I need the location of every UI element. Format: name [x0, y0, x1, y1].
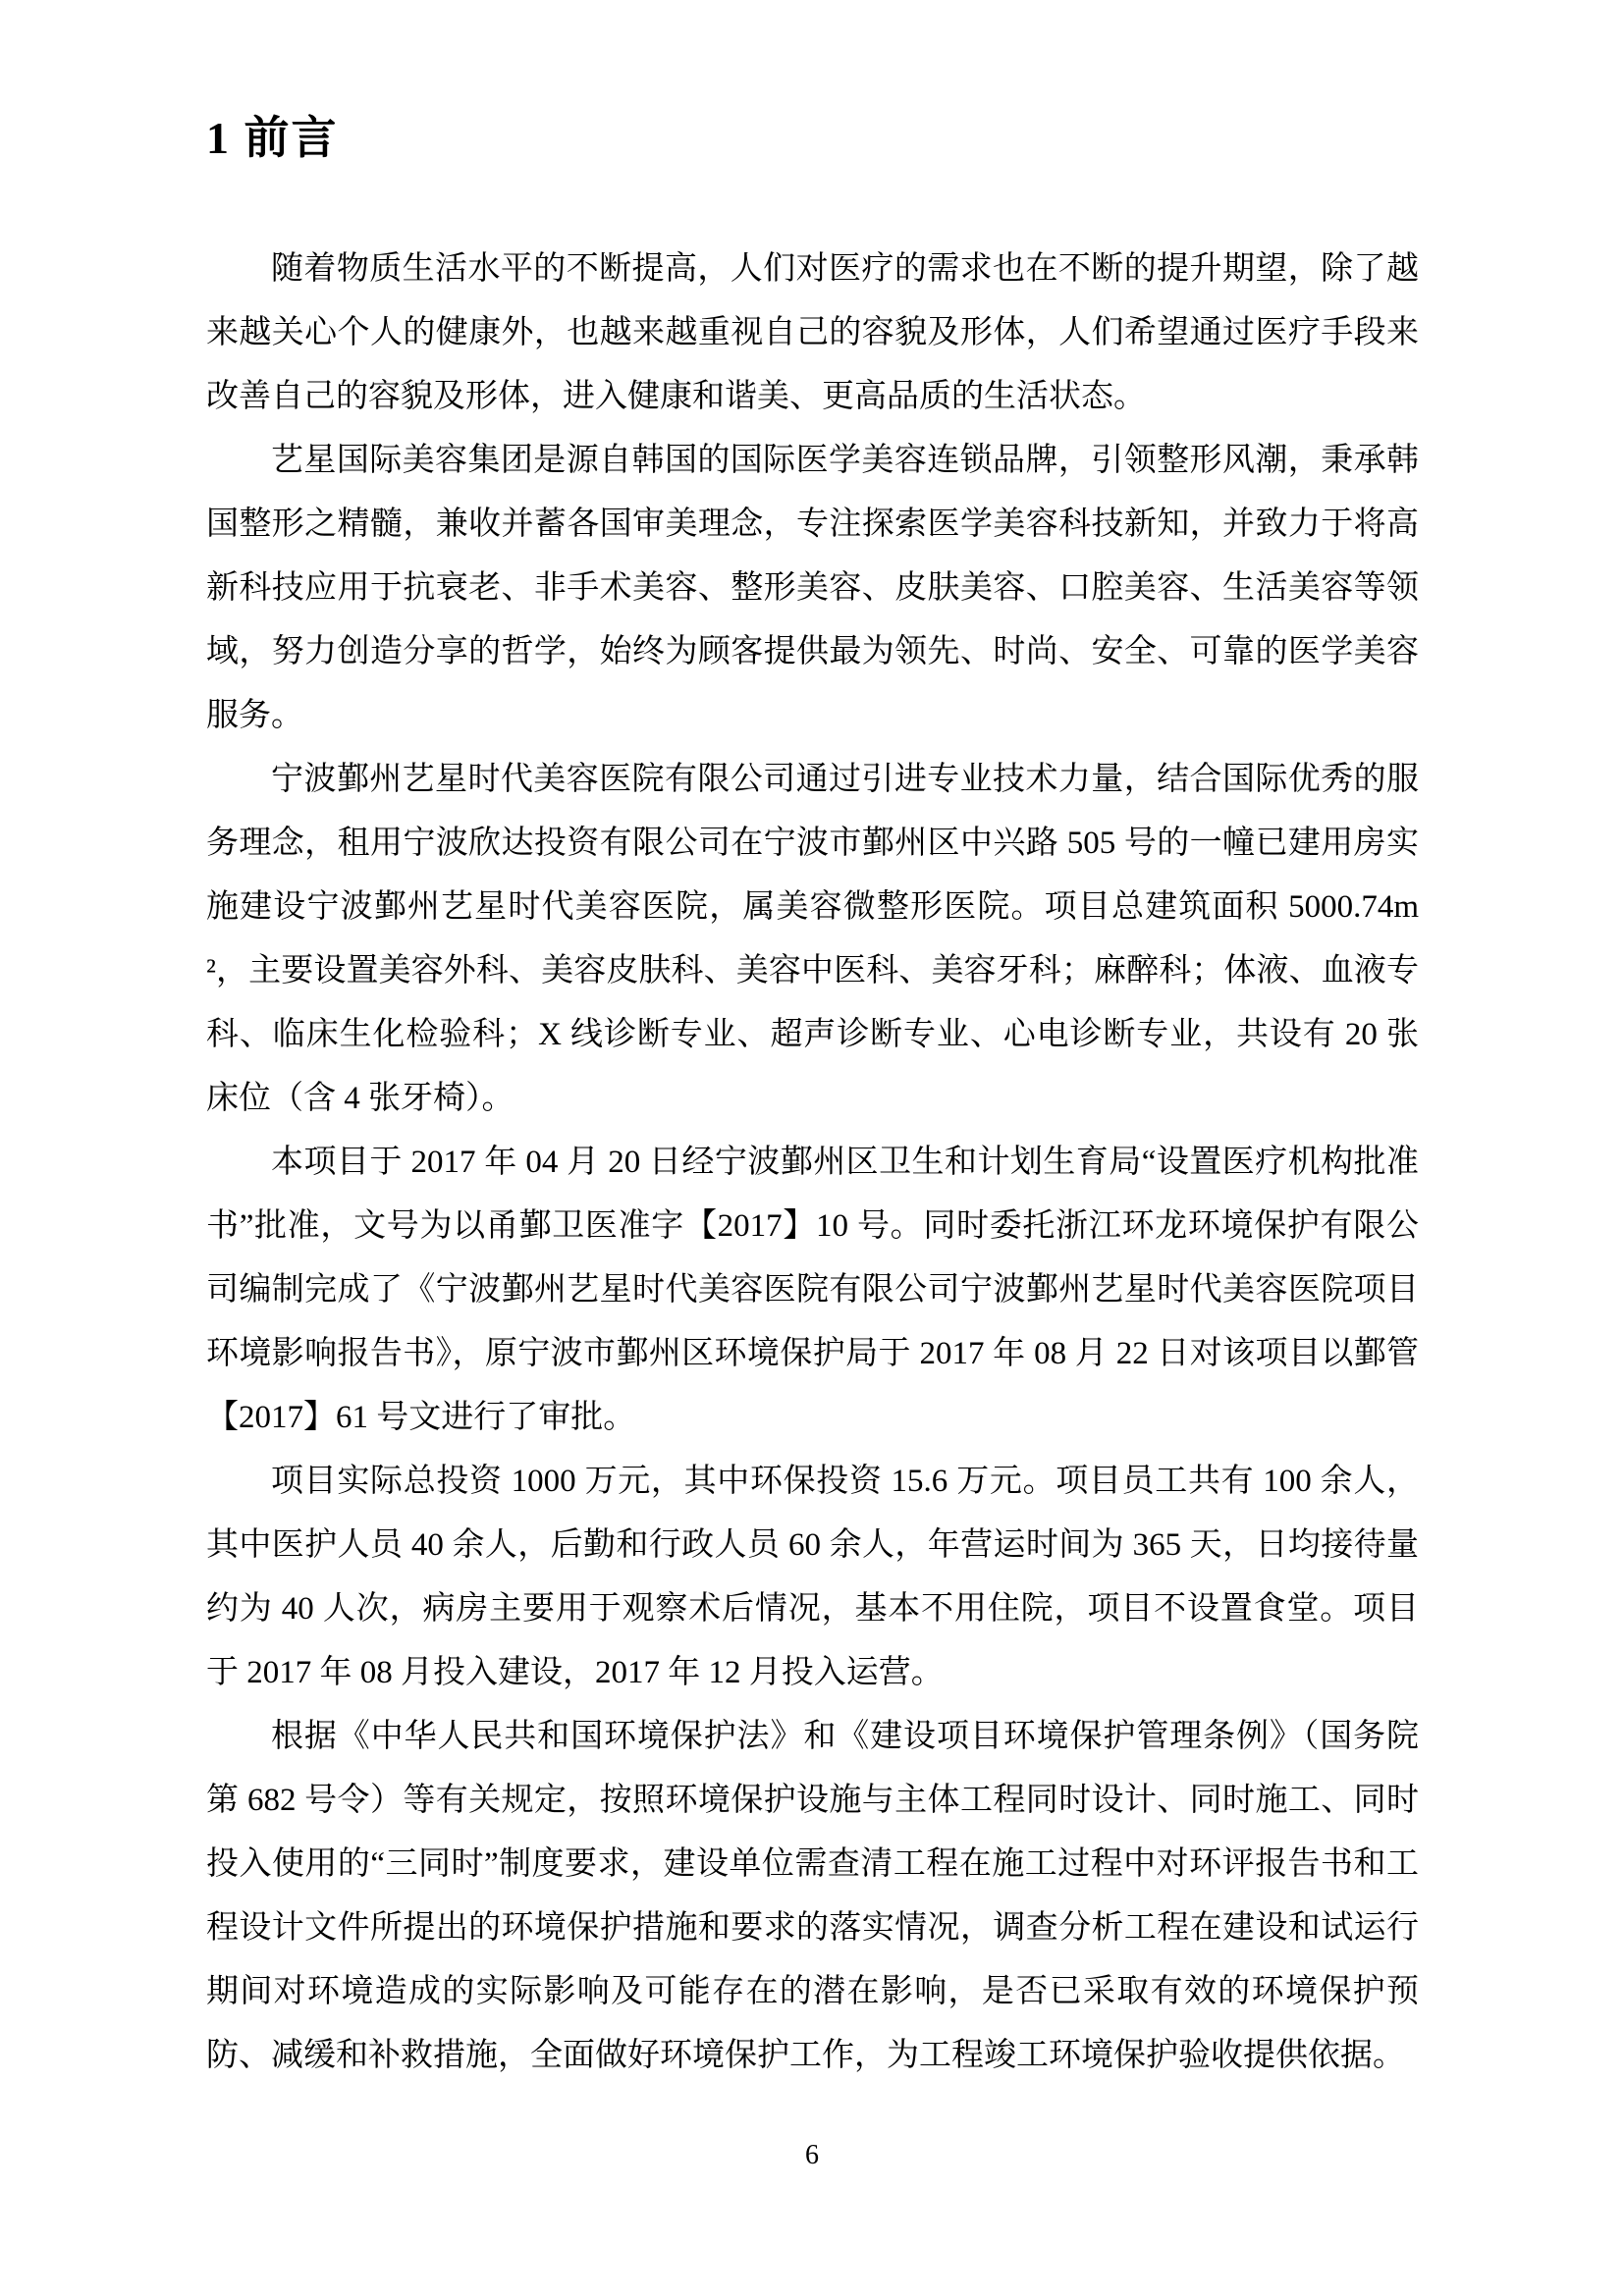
paragraph: 本项目于 2017 年 04 月 20 日经宁波鄞州区卫生和计划生育局“设置医疗…	[206, 1131, 1419, 1450]
page-number: 6	[0, 2138, 1624, 2173]
paragraph: 根据《中华人民共和国环境保护法》和《建设项目环境保护管理条例》（国务院第 682…	[206, 1705, 1419, 2088]
document-page: 1 前言 随着物质生活水平的不断提高，人们对医疗的需求也在不断的提升期望，除了越…	[0, 0, 1624, 2296]
paragraph: 项目实际总投资 1000 万元，其中环保投资 15.6 万元。项目员工共有 10…	[206, 1450, 1419, 1705]
paragraph: 宁波鄞州艺星时代美容医院有限公司通过引进专业技术力量，结合国际优秀的服务理念，租…	[206, 748, 1419, 1131]
page-content: 1 前言 随着物质生活水平的不断提高，人们对医疗的需求也在不断的提升期望，除了越…	[206, 112, 1419, 2088]
section-heading: 1 前言	[206, 112, 1419, 165]
paragraph: 随着物质生活水平的不断提高，人们对医疗的需求也在不断的提升期望，除了越来越关心个…	[206, 238, 1419, 429]
body-text: 随着物质生活水平的不断提高，人们对医疗的需求也在不断的提升期望，除了越来越关心个…	[206, 238, 1419, 2088]
paragraph: 艺星国际美容集团是源自韩国的国际医学美容连锁品牌，引领整形风潮，秉承韩国整形之精…	[206, 429, 1419, 748]
